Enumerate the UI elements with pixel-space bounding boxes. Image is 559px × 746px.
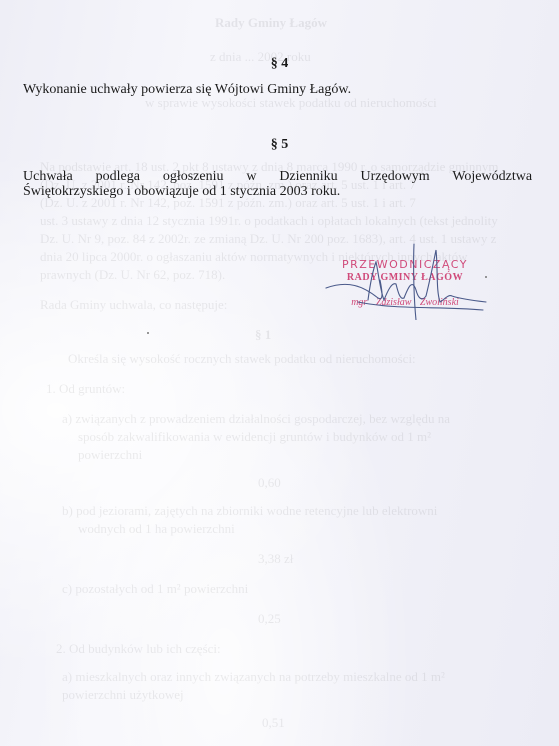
ghost-line: a) mieszkalnych oraz innych związanych n… (62, 668, 445, 686)
ghost-line: Rada Gminy uchwala, co następuje: (40, 296, 227, 314)
word: w (246, 169, 256, 184)
ghost-line: b) pod jeziorami, zajętych na zbiorniki … (62, 502, 437, 520)
ghost-line: 0,51 (262, 714, 285, 732)
word: Województwa (452, 169, 532, 184)
word: ogłoszeniu (163, 169, 224, 184)
ghost-line: 0,60 (258, 474, 281, 492)
word: Urzędowym (361, 169, 430, 184)
ghost-line: 0,25 (258, 610, 281, 628)
ghost-line: Rady Gminy Łagów (215, 14, 327, 32)
speck (485, 276, 487, 278)
ghost-line: § 1 (255, 326, 271, 344)
speck (147, 332, 149, 334)
signature-icon (318, 240, 488, 320)
scanned-page: Rady Gminy Łagów z dnia ... 2002 roku w … (0, 0, 559, 746)
ghost-line: prawnych (Dz. U. Nr 62, poz. 718). (40, 266, 225, 284)
ghost-line: 2. Od budynków lub ich części: (56, 640, 221, 658)
section-5-line-2: Świętokrzyskiego i obowiązuje od 1 stycz… (23, 184, 532, 199)
ghost-line: powierzchni (78, 446, 142, 464)
ghost-line: a) związanych z prowadzeniem działalnośc… (62, 410, 450, 428)
ghost-line: 1. Od gruntów: (46, 380, 125, 398)
ghost-line: Określa się wysokość rocznych stawek pod… (68, 350, 416, 368)
ghost-line: powierzchni użytkowej (62, 686, 184, 704)
word: Uchwała (23, 169, 73, 184)
word: Dzienniku (279, 169, 337, 184)
section-4-heading: § 4 (0, 56, 559, 72)
section-5-text: Uchwała podlega ogłoszeniu w Dzienniku U… (23, 169, 532, 199)
ghost-line: sposób zakwalifikowania w ewidencji grun… (78, 428, 431, 446)
ghost-line: ust. 3 ustawy z dnia 12 stycznia 1991r. … (40, 212, 498, 230)
section-5-heading: § 5 (0, 137, 559, 153)
section-5-line-1: Uchwała podlega ogłoszeniu w Dzienniku U… (23, 169, 532, 184)
ghost-line: 3,38 zł (258, 550, 293, 568)
ghost-line: c) pozostałych od 1 m² powierzchni (62, 580, 248, 598)
section-4-text: Wykonanie uchwały powierza się Wójtowi G… (23, 82, 351, 97)
ghost-line: wodnych od 1 ha powierzchni (78, 520, 235, 538)
word: podlega (96, 169, 140, 184)
